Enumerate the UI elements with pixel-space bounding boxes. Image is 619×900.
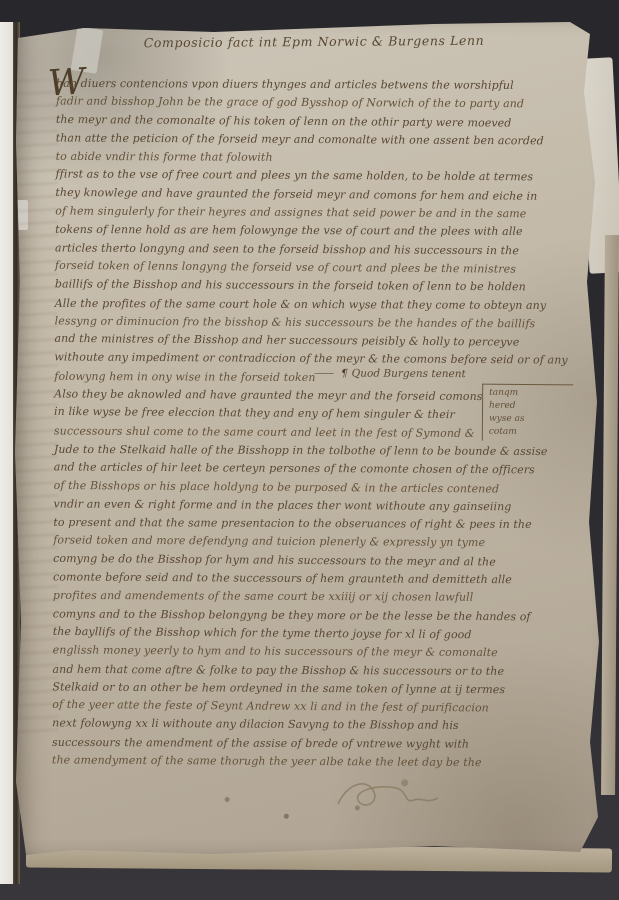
- manuscript-line: Alle the profites of the same court hole…: [55, 294, 576, 315]
- manuscript-line: profites and amendements of the same cou…: [53, 587, 574, 608]
- manuscript-line: of the Bisshops or his place holdyng to …: [54, 476, 575, 499]
- scribal-flourish-icon: [334, 774, 444, 814]
- bracket-note-line: cotam: [489, 426, 573, 440]
- parchment-leaf: Composicio fact int Epm Norwic & Burgens…: [14, 22, 606, 858]
- manuscript-line: next folowyng xx li withoute any dilacio…: [52, 715, 573, 736]
- line-filler-dash: ——: [314, 367, 333, 379]
- rubric-heading: Composicio fact int Epm Norwic & Burgens…: [134, 33, 494, 51]
- bracket-note-line: wyse as: [489, 413, 573, 427]
- underlying-folio-right-edge: [601, 235, 619, 795]
- manuscript-line: han diuers contencions vpon diuers thyng…: [56, 75, 577, 96]
- manuscript-photograph: Composicio fact int Epm Norwic & Burgens…: [0, 0, 619, 900]
- pilcrow-mark: ¶: [341, 367, 348, 379]
- manuscript-line: the meyr and the comonalte of his token …: [56, 110, 577, 133]
- manuscript-line: baillifs of the Bisshop and his successo…: [55, 276, 576, 297]
- marginal-rubric-text: Quod Burgens tenent: [352, 368, 466, 381]
- manuscript-line: tokens of lenne hold as are hem folowyng…: [55, 221, 576, 242]
- manuscript-line: to present and that the same presentacio…: [53, 514, 574, 535]
- manuscript-line: comyng be do the Bisshop for hym and his…: [53, 550, 574, 573]
- manuscript-line: to abide vndir this forme that folowith: [56, 148, 577, 169]
- manuscript-line: successours the amendment of the assise …: [52, 734, 573, 755]
- marginal-rubric: ——¶Quod Burgens tenent: [314, 367, 570, 380]
- manuscript-line: englissh money yeerly to hym and to his …: [53, 642, 574, 663]
- manuscript-line: Jude to the Stelkaid halle of the Bissho…: [54, 441, 575, 462]
- bracket-note-line: hered: [489, 400, 573, 414]
- bracket-note-line: tanqm: [489, 387, 573, 401]
- marginal-bracket-note: tanqmheredwyse ascotam: [482, 384, 573, 442]
- manuscript-line: the amendyment of the same thorugh the y…: [52, 751, 573, 772]
- manuscript-line: and hem that come aftre & folke to pay t…: [52, 660, 573, 681]
